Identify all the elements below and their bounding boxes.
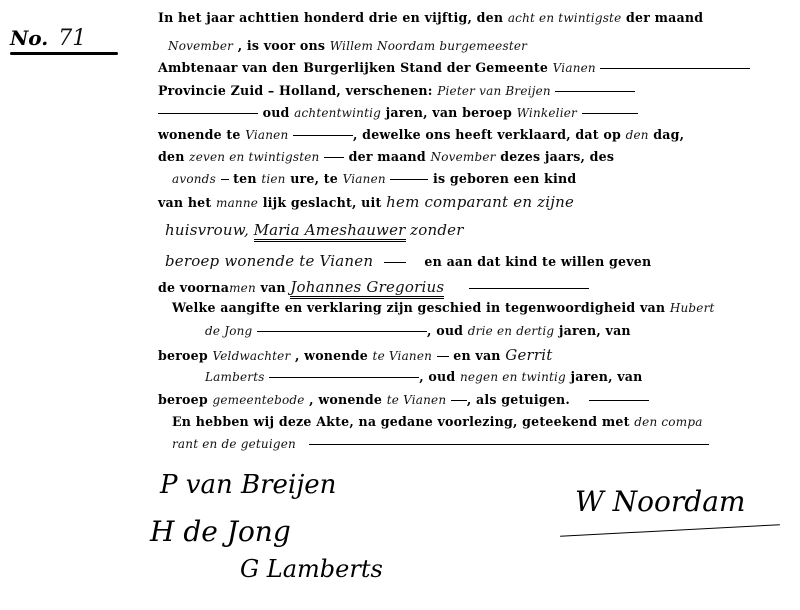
handwritten-time-of-day: avonds bbox=[172, 172, 216, 186]
record-number-label: No. bbox=[10, 26, 48, 50]
printed-text: , als getuigen. bbox=[467, 392, 570, 407]
fill-line bbox=[269, 377, 419, 378]
handwritten-witness-2-occupation: gemeentebode bbox=[212, 393, 304, 407]
printed-text: der maand bbox=[349, 149, 426, 164]
fill-line bbox=[293, 135, 353, 136]
handwritten-witness-2-last: Lamberts bbox=[205, 370, 265, 384]
signature-flourish bbox=[560, 524, 780, 537]
handwritten-birth-month: November bbox=[431, 150, 496, 164]
handwritten-occupation: Winkelier bbox=[517, 106, 577, 120]
handwritten-witness-1-age: drie en dertig bbox=[468, 324, 554, 338]
handwritten-month: November bbox=[168, 39, 233, 53]
handwritten-hour: tien bbox=[261, 172, 285, 186]
printed-text: en van bbox=[453, 348, 500, 363]
text-line-5: oud achtentwintig jaren, van beroep Wink… bbox=[158, 105, 638, 120]
printed-text: dezes jaars, des bbox=[500, 149, 614, 164]
fill-line bbox=[437, 356, 449, 357]
fill-line bbox=[309, 444, 709, 445]
printed-text: In het jaar achttien honderd drie en vij… bbox=[158, 10, 503, 25]
handwritten-date: acht en twintigste bbox=[508, 11, 622, 25]
printed-text: ten bbox=[233, 171, 257, 186]
printed-text: beroep bbox=[158, 392, 208, 407]
signature-registrar: W Noordam bbox=[575, 485, 745, 518]
printed-text: , wonende bbox=[309, 392, 382, 407]
handwritten-witness-1-residence: te Vianen bbox=[373, 349, 433, 363]
printed-text: Provincie Zuid – Holland, verschenen: bbox=[158, 83, 433, 98]
text-line-11: beroep wonende te Vianen en aan dat kind… bbox=[165, 252, 651, 270]
record-number-underline bbox=[10, 52, 118, 55]
fill-line bbox=[324, 157, 344, 158]
fill-line bbox=[600, 68, 750, 69]
text-line-14: de Jong , oud drie en dertig jaren, van bbox=[205, 323, 631, 338]
handwritten-day: den bbox=[626, 128, 649, 142]
handwritten-child-names: Johannes Gregorius bbox=[290, 278, 444, 299]
printed-text: , dewelke ons heeft verklaard, dat op bbox=[353, 127, 621, 142]
printed-text: den bbox=[158, 149, 185, 164]
record-number: No.71 bbox=[10, 26, 86, 51]
handwritten-birth-place: Vianen bbox=[343, 172, 386, 186]
fill-line bbox=[158, 113, 258, 114]
handwritten-witness-1-occupation: Veldwachter bbox=[212, 349, 290, 363]
handwritten-parents: hem comparant en zijne bbox=[386, 193, 574, 211]
handwritten-birth-day: zeven en twintigsten bbox=[189, 150, 319, 164]
fill-line bbox=[555, 91, 635, 92]
printed-text: , wonende bbox=[295, 348, 368, 363]
printed-text: , oud bbox=[419, 369, 455, 384]
fill-line bbox=[451, 400, 467, 401]
handwritten-mother-residence: beroep wonende te Vianen bbox=[165, 252, 373, 270]
fill-line bbox=[384, 262, 406, 263]
handwritten-witness-2-first: Gerrit bbox=[505, 346, 552, 364]
printed-text: der maand bbox=[626, 10, 703, 25]
handwritten-age: achtentwintig bbox=[294, 106, 381, 120]
printed-text: , is voor ons bbox=[238, 38, 325, 53]
handwritten-text: rant en de getuigen bbox=[172, 437, 296, 451]
handwritten-witness-1-first: Hubert bbox=[670, 301, 715, 315]
text-line-9: van het manne lijk geslacht, uit hem com… bbox=[158, 193, 574, 211]
printed-text: jaren, van beroep bbox=[386, 105, 512, 120]
fill-line bbox=[390, 179, 428, 180]
printed-text: , oud bbox=[427, 323, 463, 338]
handwritten-text: zonder bbox=[410, 221, 463, 239]
handwritten-residence: Vianen bbox=[245, 128, 288, 142]
fill-line bbox=[469, 288, 589, 289]
printed-text: Ambtenaar van den Burgerlijken Stand der… bbox=[158, 60, 548, 75]
handwritten-witness-2-age: negen en twintig bbox=[460, 370, 566, 384]
text-line-1: In het jaar achttien honderd drie en vij… bbox=[158, 10, 703, 25]
handwritten-mother-name: Maria Ameshauwer bbox=[254, 221, 406, 242]
handwritten-declarant: Pieter van Breijen bbox=[437, 84, 551, 98]
signature-witness-1: H de Jong bbox=[150, 515, 291, 548]
signature-witness-2: G Lamberts bbox=[240, 555, 383, 583]
handwritten-text: men bbox=[229, 281, 256, 295]
text-line-2: November , is voor ons Willem Noordam bu… bbox=[168, 38, 527, 53]
printed-text: jaren, van bbox=[559, 323, 631, 338]
text-line-10: huisvrouw, Maria Ameshauwer zonder bbox=[165, 221, 464, 239]
printed-text: van het bbox=[158, 195, 211, 210]
handwritten-official: Willem Noordam burgemeester bbox=[330, 39, 527, 53]
text-line-15: beroep Veldwachter , wonende te Vianen e… bbox=[158, 346, 553, 364]
printed-text: van bbox=[260, 280, 285, 295]
birth-record-page: No.71 In het jaar achttien honderd drie … bbox=[0, 0, 800, 610]
printed-text: is geboren een kind bbox=[433, 171, 576, 186]
text-line-8: avonds ten tien ure, te Vianen is gebore… bbox=[172, 171, 576, 186]
text-line-12: de voornamen van Johannes Gregorius bbox=[158, 278, 589, 296]
text-line-17: beroep gemeentebode , wonende te Vianen … bbox=[158, 392, 649, 407]
fill-line bbox=[589, 400, 649, 401]
handwritten-text: den compa bbox=[634, 415, 702, 429]
printed-text: dag, bbox=[653, 127, 684, 142]
handwritten-municipality: Vianen bbox=[553, 61, 596, 75]
printed-text: wonende te bbox=[158, 127, 241, 142]
text-line-4: Provincie Zuid – Holland, verschenen: Pi… bbox=[158, 83, 635, 98]
text-line-19: rant en de getuigen bbox=[172, 436, 709, 451]
handwritten-witness-1-last: de Jong bbox=[205, 324, 252, 338]
text-line-18: En hebben wij deze Akte, na gedane voorl… bbox=[172, 414, 703, 429]
fill-line bbox=[221, 179, 229, 180]
text-line-13: Welke aangifte en verklaring zijn geschi… bbox=[172, 300, 715, 315]
text-line-3: Ambtenaar van den Burgerlijken Stand der… bbox=[158, 60, 750, 75]
printed-text: jaren, van bbox=[571, 369, 643, 384]
text-line-7: den zeven en twintigsten der maand Novem… bbox=[158, 149, 614, 164]
printed-text: ure, te bbox=[290, 171, 338, 186]
text-line-6: wonende te Vianen , dewelke ons heeft ve… bbox=[158, 127, 684, 142]
printed-text: beroep bbox=[158, 348, 208, 363]
handwritten-sex: manne bbox=[216, 196, 258, 210]
printed-text: lijk geslacht, uit bbox=[263, 195, 382, 210]
printed-text: oud bbox=[263, 105, 290, 120]
printed-text: Welke aangifte en verklaring zijn geschi… bbox=[172, 300, 665, 315]
fill-line bbox=[257, 331, 427, 332]
printed-text: en aan dat kind te willen geven bbox=[424, 254, 651, 269]
printed-text: de voorna bbox=[158, 280, 229, 295]
signature-declarant: P van Breijen bbox=[160, 470, 336, 500]
printed-text: En hebben wij deze Akte, na gedane voorl… bbox=[172, 414, 630, 429]
handwritten-wife: huisvrouw, bbox=[165, 221, 249, 239]
record-number-value: 71 bbox=[58, 26, 86, 51]
text-line-16: Lamberts , oud negen en twintig jaren, v… bbox=[205, 369, 642, 384]
handwritten-witness-2-residence: te Vianen bbox=[387, 393, 447, 407]
fill-line bbox=[582, 113, 638, 114]
